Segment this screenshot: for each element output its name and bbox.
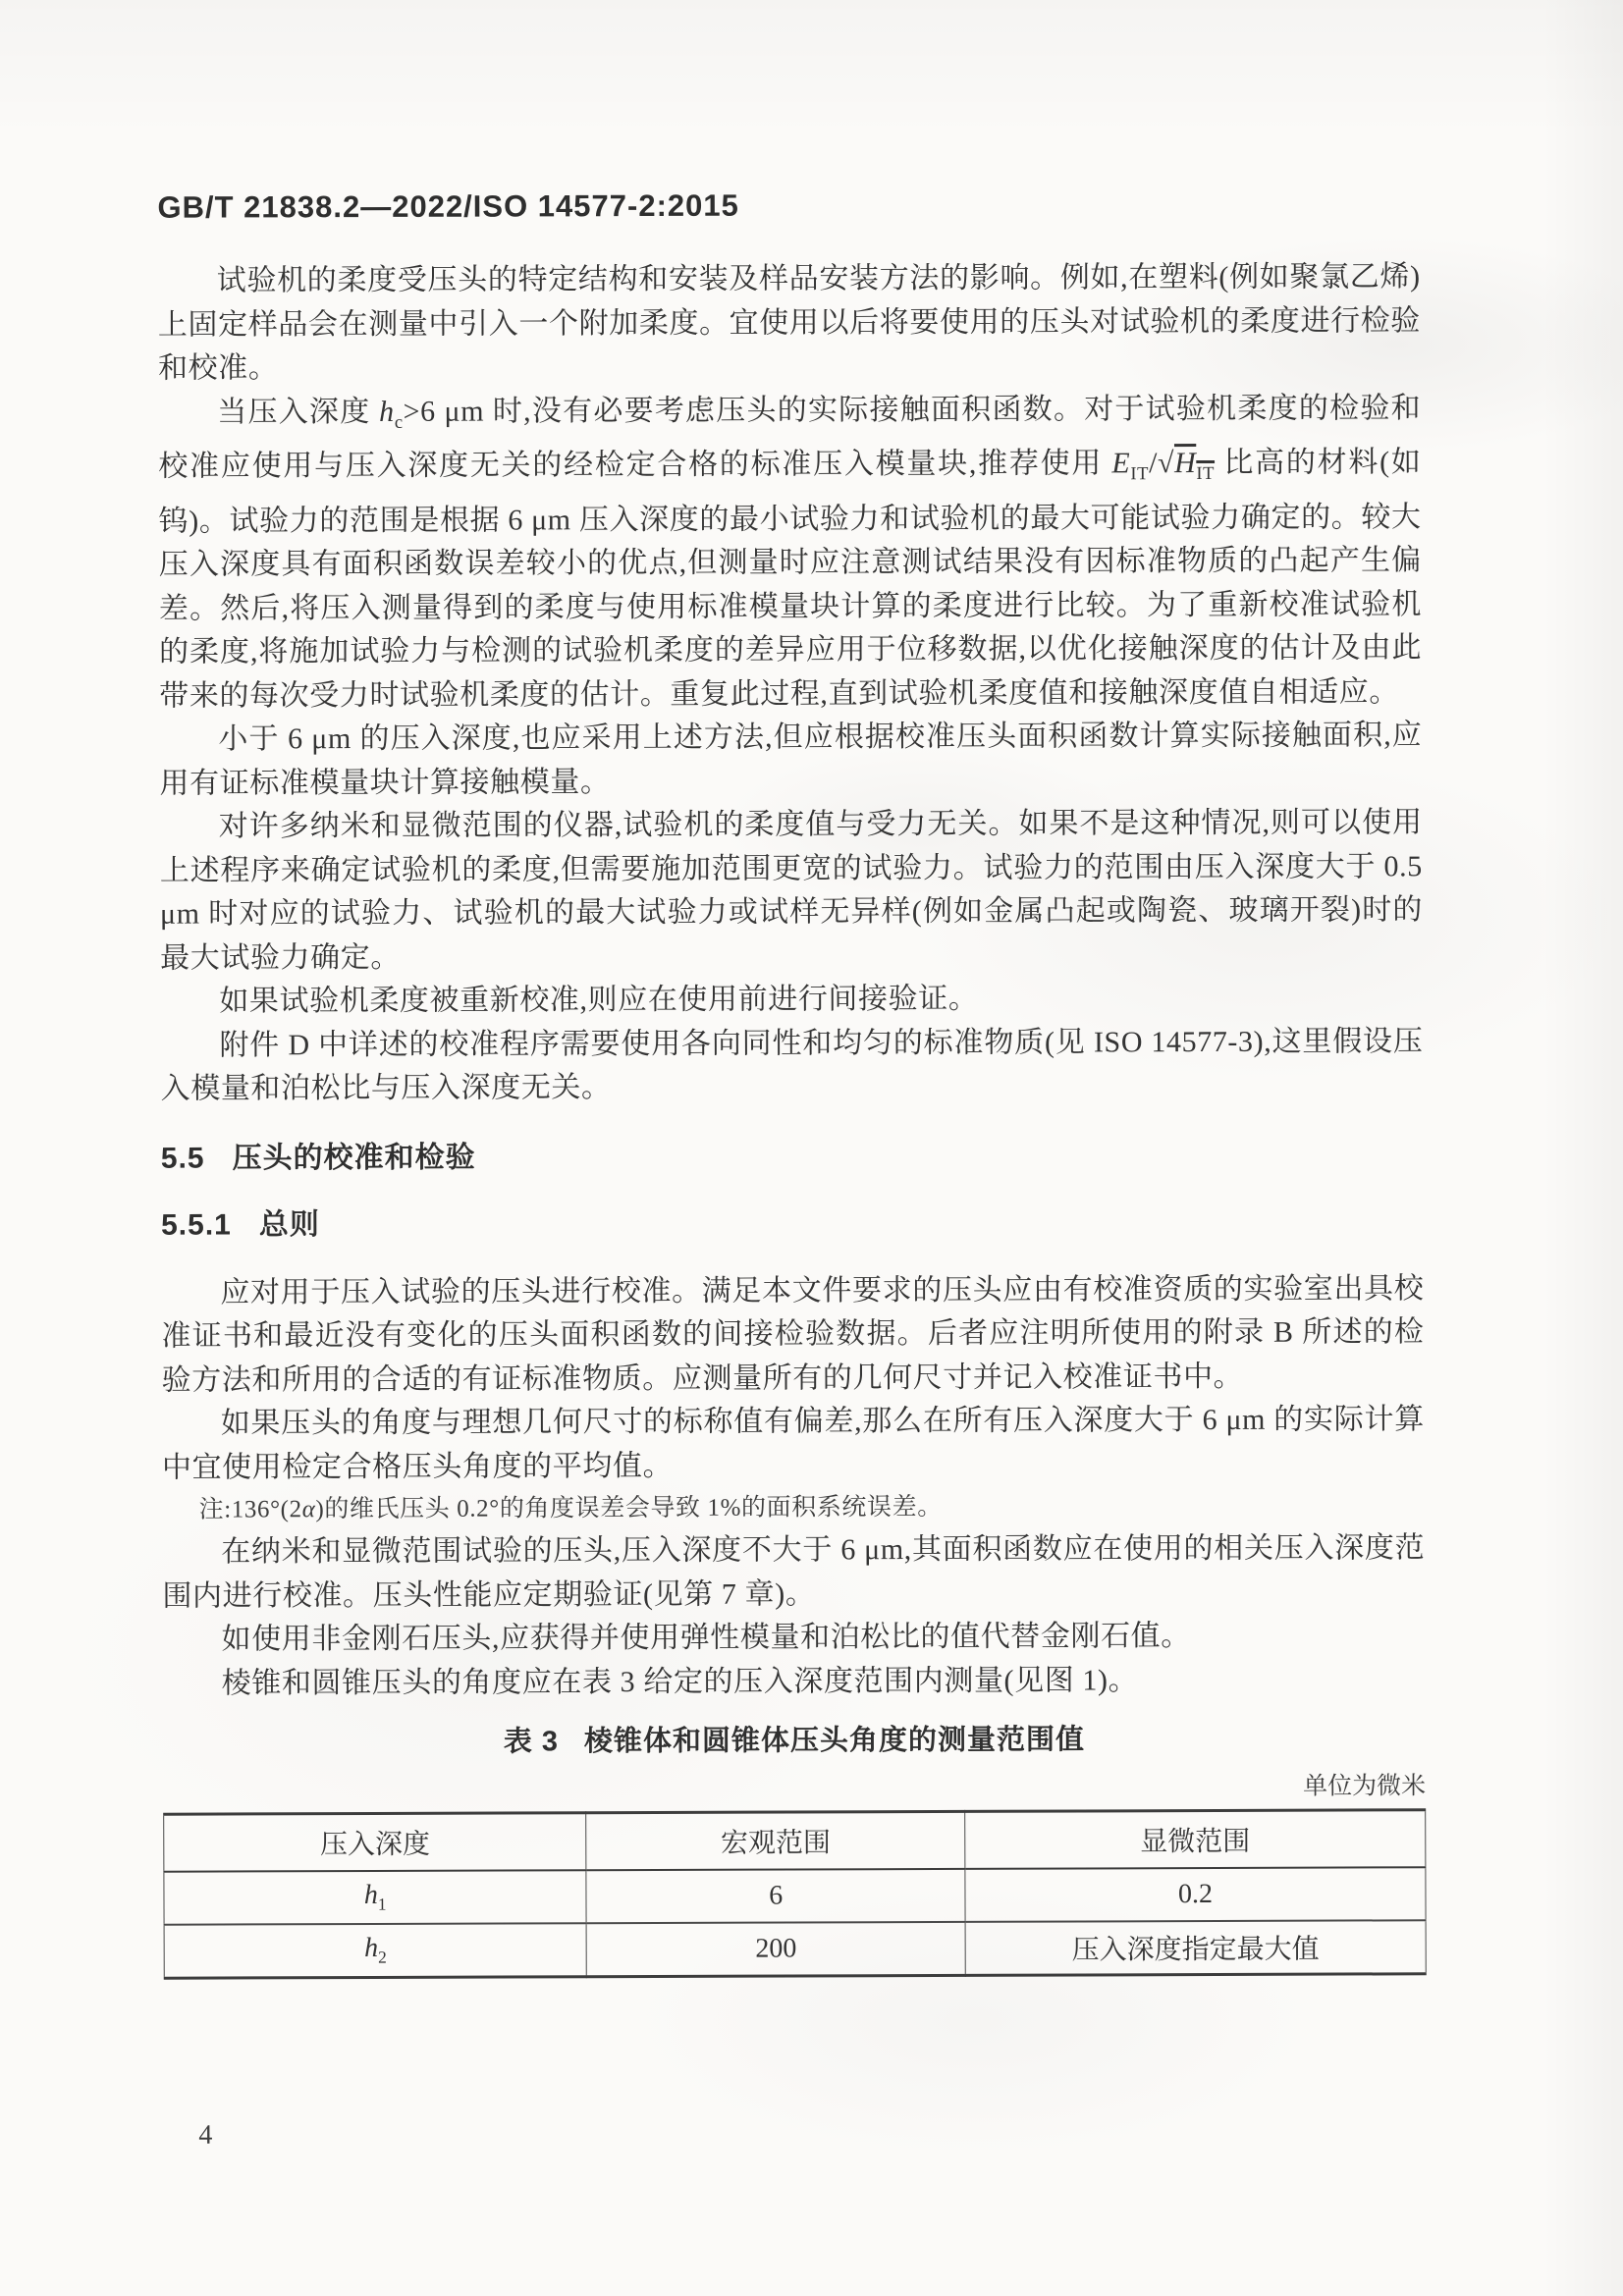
paragraph-non-diamond-indenter: 如使用非金刚石压头,应获得并使用弹性模量和泊松比的值代替金刚石值。	[162, 1614, 1425, 1662]
table-row: h1 6 0.2	[164, 1867, 1426, 1924]
paragraph-nano-micro-instruments: 对许多纳米和显微范围的仪器,试验机的柔度值与受力无关。如果不是这种情况,则可以使…	[160, 801, 1424, 980]
paragraph-annex-d: 附件 D 中详述的校准程序需要使用各向同性和均匀的标准物质(见 ISO 1457…	[160, 1020, 1423, 1111]
note-vickers-angle-error: 注:136°(2α)的维氏压头 0.2°的角度误差会导致 1%的面积系统误差。	[162, 1487, 1425, 1528]
paragraph-pyramid-cone-angle: 棱锥和圆锥压头的角度应在表 3 给定的压入深度范围内测量(见图 1)。	[163, 1658, 1426, 1706]
table-caption-number: 表 3	[504, 1726, 559, 1757]
cell-micro-h2: 压入深度指定最大值	[965, 1920, 1426, 1975]
document-body: 试验机的柔度受压头的特定结构和安装及样品安装方法的影响。例如,在塑料(例如聚氯乙…	[158, 255, 1427, 1979]
scan-layer: GB/T 21838.2—2022/ISO 14577-2:2015 试验机的柔…	[0, 0, 1623, 2296]
table-3: 压入深度 宏观范围 显微范围 h1 6 0.2 h2 200 压入深度指定最大值	[163, 1808, 1427, 1979]
table-caption-text: 棱锥体和圆锥体压头角度的测量范围值	[584, 1724, 1085, 1757]
section-heading-5-5: 5.5压头的校准和检验	[161, 1133, 1424, 1181]
cell-depth-h1: h1	[164, 1870, 587, 1925]
table-row: h2 200 压入深度指定最大值	[164, 1920, 1426, 1978]
section-title: 总则	[259, 1208, 320, 1241]
paragraph-nano-area-function: 在纳米和显微范围试验的压头,压入深度不大于 6 μm,其面积函数应在使用的相关压…	[162, 1526, 1425, 1618]
document-number-header: GB/T 21838.2—2022/ISO 14577-2:2015	[157, 188, 738, 226]
paragraph-depth-below-6um: 小于 6 μm 的压入深度,也应采用上述方法,但应根据校准压头面积函数计算实际接…	[159, 714, 1422, 805]
cell-micro-h1: 0.2	[965, 1867, 1426, 1922]
section-title: 压头的校准和检验	[233, 1141, 476, 1174]
section-number: 5.5	[161, 1142, 205, 1174]
paragraph-recalibration-verification: 如果试验机柔度被重新校准,则应在使用前进行间接验证。	[160, 976, 1423, 1024]
section-heading-5-5-1: 5.5.1总则	[161, 1200, 1424, 1248]
section-number: 5.5.1	[161, 1208, 232, 1241]
table-header-row: 压入深度 宏观范围 显微范围	[164, 1809, 1426, 1871]
unit-note: 单位为微米	[163, 1769, 1426, 1808]
paragraph-indenter-calibration: 应对用于压入试验的压头进行校准。满足本文件要求的压头应由有校准资质的实验室出具校…	[161, 1267, 1424, 1403]
column-header-macro-range: 宏观范围	[586, 1811, 965, 1870]
column-header-indentation-depth: 压入深度	[164, 1812, 587, 1871]
cell-macro-h2: 200	[587, 1921, 966, 1976]
page-number: 4	[198, 2120, 212, 2152]
cell-macro-h1: 6	[586, 1868, 965, 1922]
column-header-micro-range: 显微范围	[965, 1809, 1426, 1868]
paragraph-depth-above-6um: 当压入深度 hc>6 μm 时,没有必要考虑压头的实际接触面积函数。对于试验机柔…	[158, 387, 1422, 719]
cell-depth-h2: h2	[164, 1923, 587, 1978]
paragraph-angle-deviation: 如果压头的角度与理想几何尺寸的标称值有偏差,那么在所有压入深度大于 6 μm 的…	[162, 1398, 1425, 1489]
paragraph-machine-compliance: 试验机的柔度受压头的特定结构和安装及样品安装方法的影响。例如,在塑料(例如聚氯乙…	[158, 255, 1421, 391]
scanned-document-page: GB/T 21838.2—2022/ISO 14577-2:2015 试验机的柔…	[0, 0, 1623, 2296]
table-3-caption: 表 3棱锥体和圆锥体压头角度的测量范围值	[163, 1717, 1426, 1765]
